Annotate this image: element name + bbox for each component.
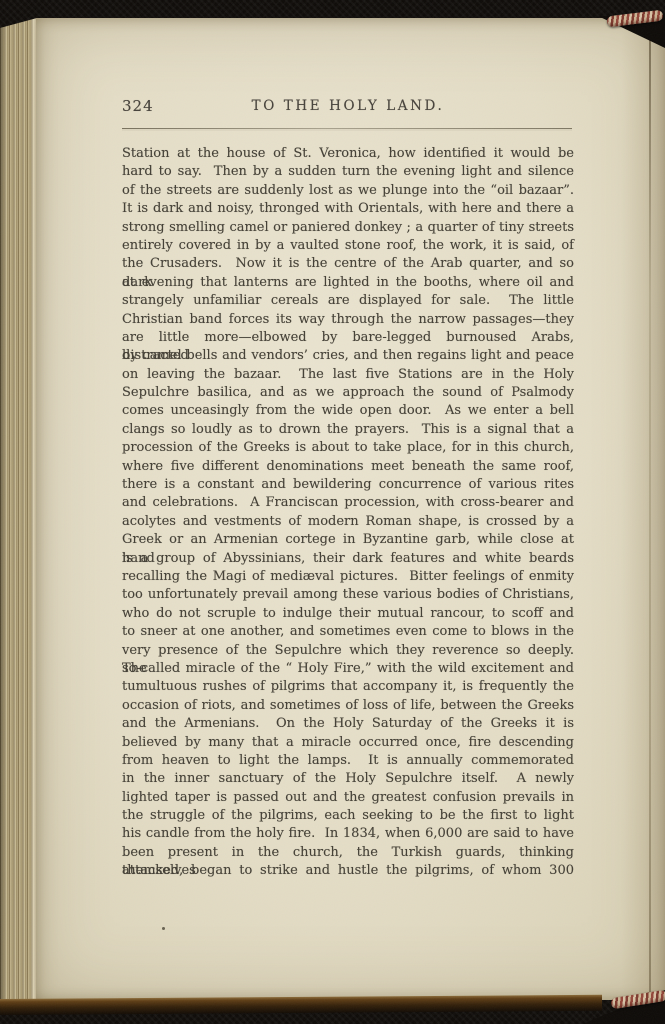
text-line: been present in the church, the Turkish … [122, 844, 574, 862]
text-line: strangely unfamiliar cereals are display… [122, 292, 574, 310]
text-line: by camel bells and vendors’ cries, and t… [122, 347, 574, 365]
body-text: Station at the house of St. Veronica, ho… [122, 145, 574, 881]
text-line: comes unceasingly from the wide open doo… [122, 402, 574, 420]
text-line: very presence of the Sepulchre which the… [122, 642, 574, 660]
paper-speck [162, 927, 165, 930]
text-line: hard to say. Then by a sudden turn the e… [122, 163, 574, 181]
text-line: strong smelling camel or paniered donkey… [122, 219, 574, 237]
text-line: procession of the Greeks is about to tak… [122, 439, 574, 457]
text-line: and celebrations. A Franciscan processio… [122, 494, 574, 512]
text-line: tumultuous rushes of pilgrims that accom… [122, 678, 574, 696]
text-line: too unfortunately prevail among these va… [122, 586, 574, 604]
text-line: the Crusaders. Now it is the centre of t… [122, 255, 574, 273]
text-line: attacked, began to strike and hustle the… [122, 862, 574, 880]
text-line: It is dark and noisy, thronged with Orie… [122, 200, 574, 218]
text-line: from heaven to light the lamps. It is an… [122, 752, 574, 770]
page-header: 324 TO THE HOLY LAND. [122, 97, 574, 119]
text-line: on leaving the bazaar. The last five Sta… [122, 366, 574, 384]
book-cover-edge [0, 995, 602, 1015]
text-line: Sepulchre basilica, and as we approach t… [122, 384, 574, 402]
text-line: in the inner sanctuary of the Holy Sepul… [122, 770, 574, 788]
book-page-edges [0, 16, 37, 1006]
page-crease [649, 18, 651, 1000]
text-line: where five different denominations meet … [122, 458, 574, 476]
text-line: Greek or an Armenian cortege in Byzantin… [122, 531, 574, 549]
text-line: believed by many that a miracle occurred… [122, 734, 574, 752]
text-line: at evening that lanterns are lighted in … [122, 274, 574, 292]
text-line: the struggle of the pilgrims, each seeki… [122, 807, 574, 825]
text-line: to sneer at one another, and sometimes e… [122, 623, 574, 641]
text-line: and the Armenians. On the Holy Saturday … [122, 715, 574, 733]
text-line: who do not scruple to indulge their mutu… [122, 605, 574, 623]
text-line: lighted taper is passed out and the grea… [122, 789, 574, 807]
text-line: his candle from the holy fire. In 1834, … [122, 825, 574, 843]
text-line: entirely covered in by a vaulted stone r… [122, 237, 574, 255]
text-line: Christian band forces its way through th… [122, 311, 574, 329]
text-line: of the streets are suddenly lost as we p… [122, 182, 574, 200]
text-line: is a group of Abyssinians, their dark fe… [122, 550, 574, 568]
text-line: recalling the Magi of mediæval pictures.… [122, 568, 574, 586]
book-page: 324 TO THE HOLY LAND. Station at the hou… [36, 18, 665, 1000]
text-line: acolytes and vestments of modern Roman s… [122, 513, 574, 531]
running-title: TO THE HOLY LAND. [122, 98, 574, 114]
scanned-book-photo: 324 TO THE HOLY LAND. Station at the hou… [0, 0, 665, 1024]
header-rule [122, 128, 572, 129]
text-line: Station at the house of St. Veronica, ho… [122, 145, 574, 163]
text-line: clangs so loudly as to drown the prayers… [122, 421, 574, 439]
text-line: there is a constant and bewildering conc… [122, 476, 574, 494]
text-line: occasion of riots, and sometimes of loss… [122, 697, 574, 715]
text-line: are little more—elbowed by bare-legged b… [122, 329, 574, 347]
text-line: so-called miracle of the “ Holy Fire,” w… [122, 660, 574, 678]
